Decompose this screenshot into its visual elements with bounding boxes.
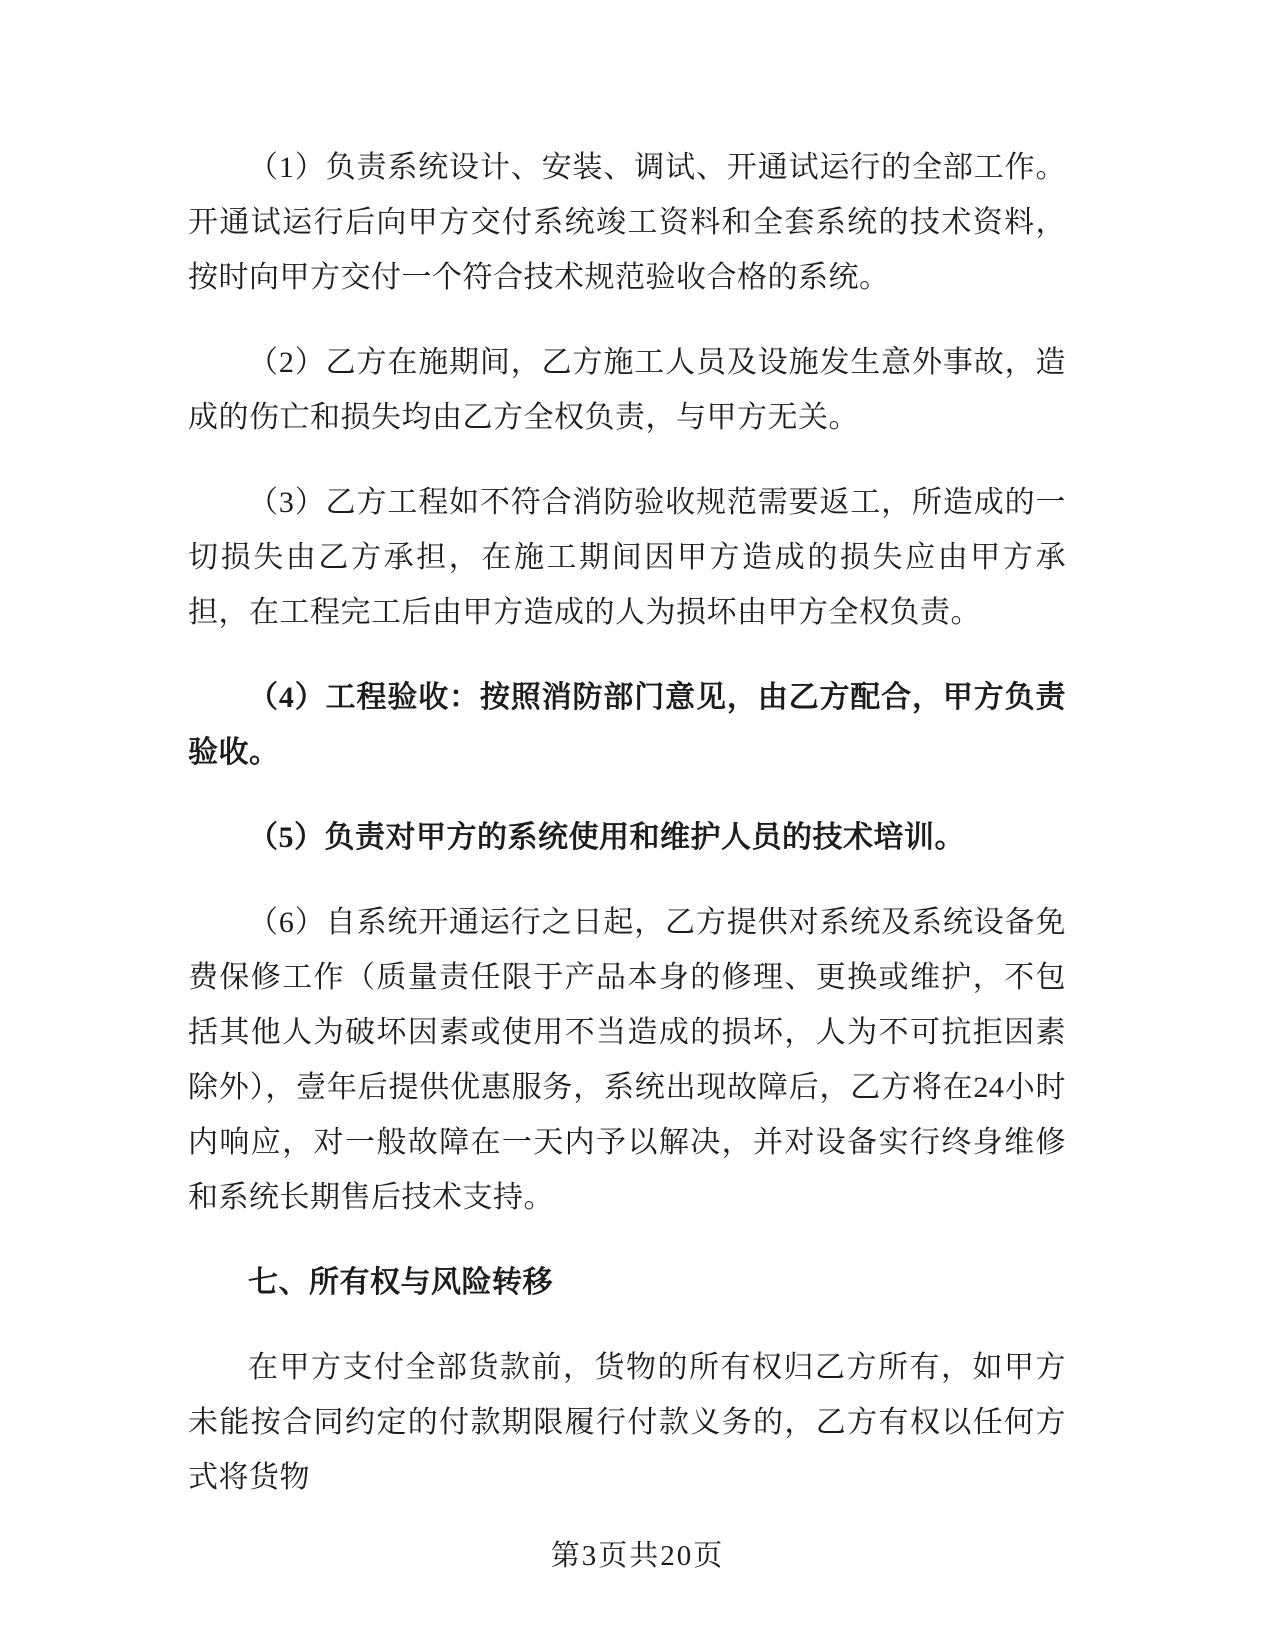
page-number-label: 第3页共20页 xyxy=(551,1540,725,1572)
document-body: （1）负责系统设计、安装、调试、开通试运行的全部工作。开通试运行后向甲方交付系统… xyxy=(188,140,1066,1535)
contract-document-page: （1）负责系统设计、安装、调试、开通试运行的全部工作。开通试运行后向甲方交付系统… xyxy=(0,0,1275,1650)
section-7-heading: 七、所有权与风险转移 xyxy=(188,1255,1066,1310)
clause-6-paragraph: （6）自系统开通运行之日起，乙方提供对系统及系统设备免费保修工作（质量责任限于产… xyxy=(188,895,1066,1225)
clause-4-paragraph: （4）工程验收：按照消防部门意见，由乙方配合，甲方负责验收。 xyxy=(188,670,1066,780)
clause-2-paragraph: （2）乙方在施期间，乙方施工人员及设施发生意外事故，造成的伤亡和损失均由乙方全权… xyxy=(188,335,1066,445)
clause-3-paragraph: （3）乙方工程如不符合消防验收规范需要返工，所造成的一切损失由乙方承担，在施工期… xyxy=(188,475,1066,640)
page-footer: 第3页共20页 xyxy=(0,1536,1275,1576)
clause-5-paragraph: （5）负责对甲方的系统使用和维护人员的技术培训。 xyxy=(188,810,1066,865)
clause-7-body-paragraph: 在甲方支付全部货款前，货物的所有权归乙方所有，如甲方未能按合同约定的付款期限履行… xyxy=(188,1340,1066,1505)
clause-1-paragraph: （1）负责系统设计、安装、调试、开通试运行的全部工作。开通试运行后向甲方交付系统… xyxy=(188,140,1066,305)
